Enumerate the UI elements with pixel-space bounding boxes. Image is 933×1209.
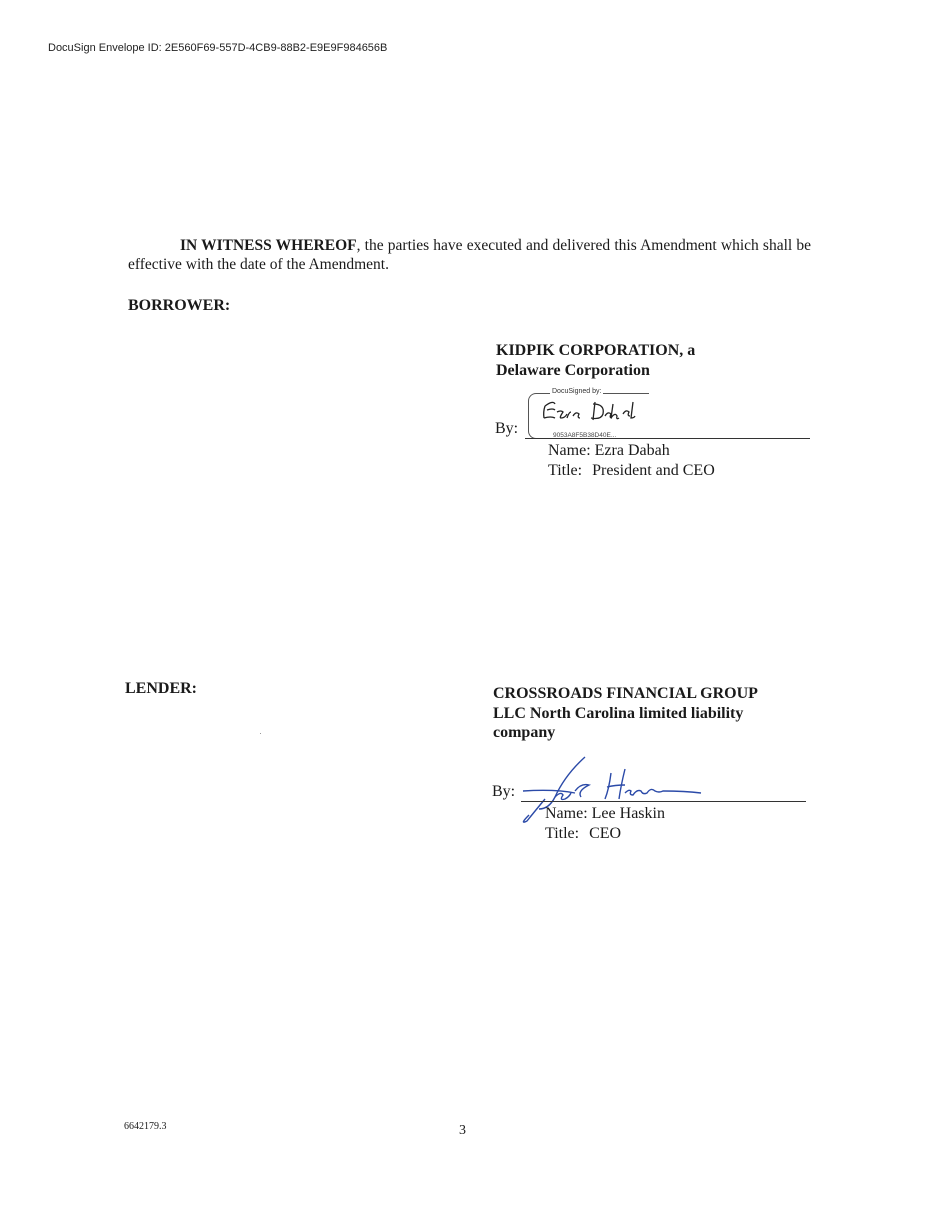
- borrower-signer-name: Name: Ezra Dabah: [548, 441, 670, 461]
- scan-speck: [260, 733, 261, 734]
- lender-company-line1: CROSSROADS FINANCIAL GROUP: [493, 684, 813, 704]
- borrower-signer-title: Title:President and CEO: [548, 461, 715, 481]
- witness-lead: IN WITNESS WHEREOF: [180, 237, 357, 254]
- borrower-by-label: By:: [495, 420, 518, 438]
- lender-signature-line: [521, 801, 806, 802]
- borrower-label: BORROWER:: [128, 297, 230, 315]
- lender-company: CROSSROADS FINANCIAL GROUP LLC North Car…: [493, 684, 813, 743]
- lender-company-line2: LLC North Carolina limited liability: [493, 704, 813, 724]
- page-number: 3: [459, 1123, 466, 1139]
- docusign-label: DocuSigned by:: [550, 388, 603, 395]
- borrower-company: KIDPIK CORPORATION, a Delaware Corporati…: [496, 341, 756, 381]
- document-number: 6642179.3: [124, 1121, 167, 1132]
- lender-by-label: By:: [492, 783, 515, 801]
- borrower-signature-line: [525, 438, 810, 439]
- witness-paragraph: IN WITNESS WHEREOF, the parties have exe…: [128, 236, 811, 274]
- lender-signer-title: Title:CEO: [545, 824, 621, 844]
- lender-signer-name: Name: Lee Haskin: [545, 804, 665, 824]
- lender-company-line3: company: [493, 723, 813, 743]
- ezra-dabah-signature: [541, 396, 641, 428]
- lender-label: LENDER:: [125, 680, 197, 698]
- borrower-company-line2: Delaware Corporation: [496, 361, 756, 381]
- borrower-company-line1: KIDPIK CORPORATION, a: [496, 341, 756, 361]
- docusign-envelope-id: DocuSign Envelope ID: 2E560F69-557D-4CB9…: [48, 42, 387, 54]
